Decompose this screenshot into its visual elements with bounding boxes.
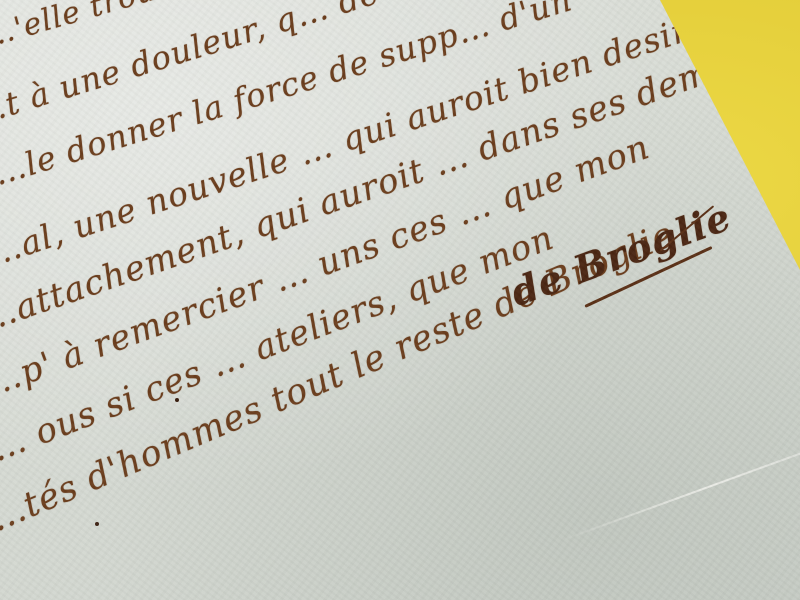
letter-line-6: …p' à remercier … uns ces … que mon [0,127,655,405]
signature: de Broglie [505,194,738,315]
letter-line-3: …le donner la force de supp… d'un [0,0,577,193]
letter-line-8: …tés d'hommes tout le reste de Broglie [0,214,680,540]
letter-line-7: … ous si ces … ateliers, que mon [0,218,559,470]
signature-flourish [584,246,712,308]
signature-underline [659,205,714,252]
ink-spot [95,522,99,526]
letter-line-4: …al, une nouvelle … qui auroit bien desi… [0,4,713,274]
letter-line-5: …attachement, qui auroit … dans ses dema… [0,17,800,340]
paper-crease [560,431,800,542]
letter-line-1: …'elle trouv… [0,0,207,55]
letter-paper: …'elle trouv… …t à une douleur, q… de su… [0,0,800,600]
ink-spot [175,398,179,402]
letter-line-2: …t à une douleur, q… de supp… [0,0,504,133]
